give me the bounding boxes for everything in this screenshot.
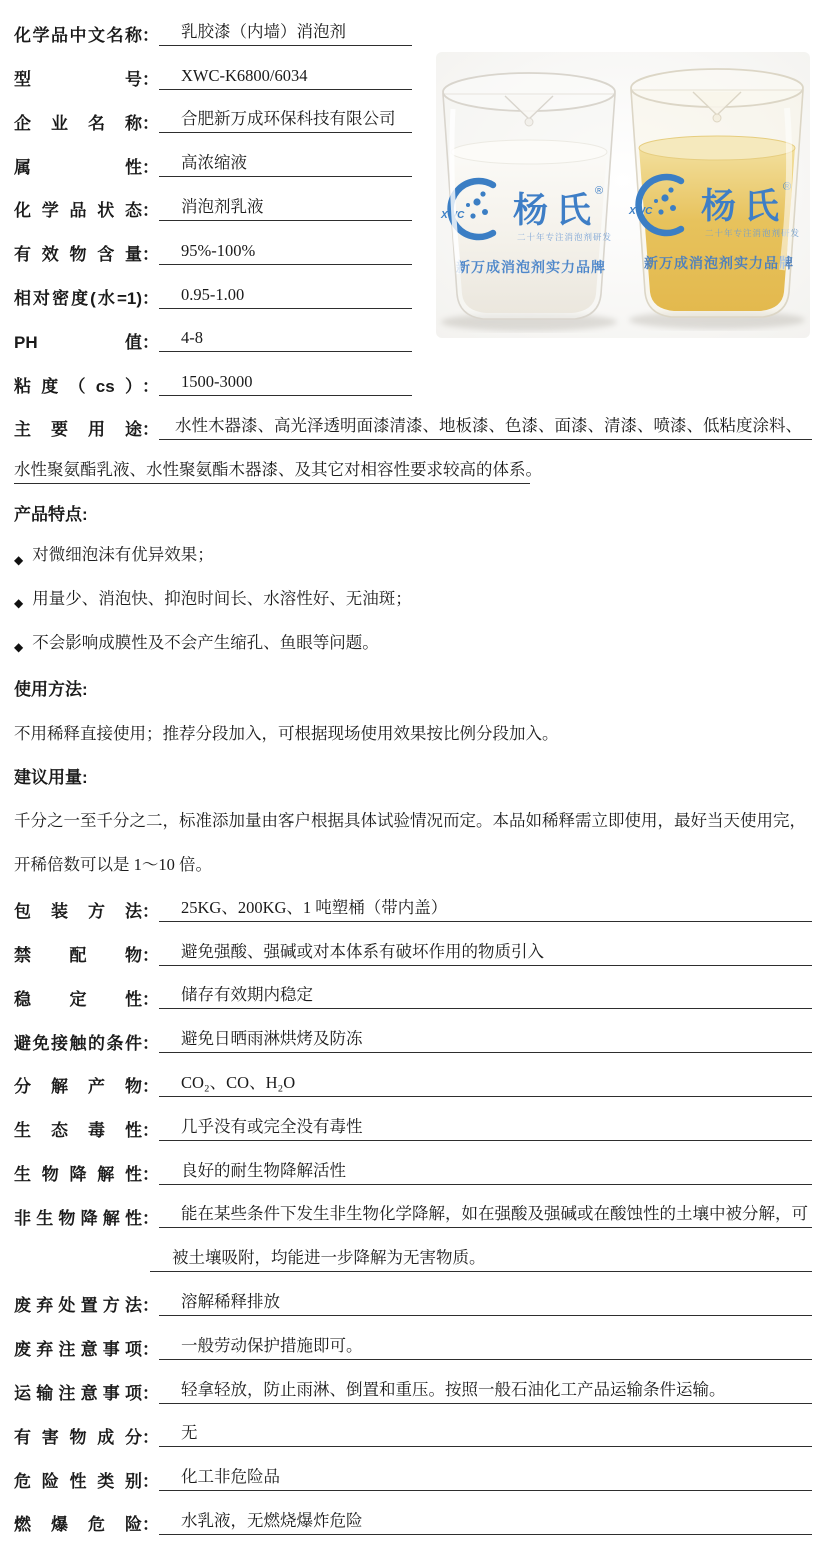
product-photo-beakers: XWC 杨氏 ® 二十年专注消泡剂研发 新万成消泡剂实力品牌 XWC 杨氏 ® [436, 52, 810, 338]
field-value: 高浓缩液 [159, 154, 412, 177]
field-value: 95%-100% [159, 242, 412, 265]
field-row-explosion-hazard: 燃爆危险： 水乳液，无燃烧爆炸危险 [14, 1491, 812, 1535]
field-row-company: 企业名称： 合肥新万成环保科技有限公司 [14, 90, 412, 134]
field-value: 25KG、200KG、1 吨塑桶（带内盖） [159, 899, 812, 922]
field-label: 型号 [14, 70, 142, 90]
label-colon: ： [142, 1165, 159, 1185]
label-colon: ： [142, 245, 159, 265]
field-row-ecotoxicity: 生态毒性： 几乎没有或完全没有毒性 [14, 1097, 812, 1141]
field-label: 有害物成分 [14, 1428, 142, 1448]
label-colon: ： [142, 1077, 159, 1097]
field-row-viscosity: 粘度（cs）： 1500-3000 [14, 352, 412, 396]
label-colon: ： [142, 420, 159, 440]
field-value: 避免强酸、强碱或对本体系有破坏作用的物质引入 [159, 943, 812, 966]
field-row-disposal-method: 废弃处置方法： 溶解稀释排放 [14, 1272, 812, 1316]
paragraph-text: 千分之一至千分之二，标准添加量由客户根据具体试验情况而定。本品如稀释需立即使用，… [14, 812, 806, 834]
feature-item: ◆ 不会影响成膜性及不会产生缩孔、鱼眼等问题。 [14, 615, 812, 659]
section-title: 产品特点: [14, 505, 88, 528]
field-label: 稳定性 [14, 990, 142, 1010]
diamond-bullet-icon: ◆ [14, 552, 23, 569]
label-colon: ： [142, 946, 159, 966]
spout-drip [525, 118, 533, 126]
field-value: 能在某些条件下发生非生物化学降解，如在强酸及强碱或在酸蚀性的土壤中被分解，可 [159, 1205, 812, 1228]
field-label: 主要用途 [14, 420, 142, 440]
field-label: 企业名称 [14, 114, 142, 134]
field-label: 化学品中文名称 [14, 26, 142, 46]
section-heading-usage: 使用方法: [14, 659, 812, 703]
small-slogan-text: 二十年专注消泡剂研发 [517, 232, 612, 242]
field-label: 危险性类别 [14, 1472, 142, 1492]
field-row-main-use: 主要用途： 水性木器漆、高光泽透明面漆清漆、地板漆、色漆、面漆、清漆、喷漆、低粘… [14, 396, 812, 440]
field-value: 轻拿轻放，防止雨淋、倒置和重压。按照一般石油化工产品运输条件运输。 [159, 1381, 812, 1404]
field-row-hazard-class: 危险性类别： 化工非危险品 [14, 1447, 812, 1491]
field-label: 分解产物 [14, 1077, 142, 1097]
main-slogan-text: 新万成消泡剂实力品牌 [456, 259, 606, 275]
beakers-illustration: XWC 杨氏 ® 二十年专注消泡剂研发 新万成消泡剂实力品牌 XWC 杨氏 ® [436, 52, 810, 338]
field-label: 燃爆危险 [14, 1515, 142, 1535]
field-label: PH值 [14, 333, 142, 353]
liquid-surface [639, 136, 795, 160]
feature-item: ◆ 用量少、消泡快、抑泡时间长、水溶性好、无油斑； [14, 571, 812, 615]
field-value: 储存有效期内稳定 [159, 986, 812, 1009]
label-colon: ： [142, 377, 159, 397]
field-value: 4-8 [159, 329, 412, 352]
registered-mark: ® [595, 185, 603, 197]
label-colon: ： [142, 1384, 159, 1404]
label-colon: ： [142, 333, 159, 353]
field-value: 化工非危险品 [159, 1468, 812, 1491]
label-colon: ： [142, 1472, 159, 1492]
logo-abbr-text: XWC [628, 206, 653, 217]
label-colon: ： [142, 1515, 159, 1535]
field-value: 一般劳动保护措施即可。 [159, 1337, 812, 1360]
field-value: 溶解稀释排放 [159, 1293, 812, 1316]
liquid-surface [451, 140, 607, 164]
field-label: 属性 [14, 158, 142, 178]
field-row-attribute: 属性： 高浓缩液 [14, 133, 412, 177]
field-row-density: 相对密度(水=1)： 0.95-1.00 [14, 265, 412, 309]
field-label: 避免接触的条件 [14, 1034, 142, 1054]
field-row-biodegradability: 生物降解性： 良好的耐生物降解活性 [14, 1141, 812, 1185]
field-value: 水性木器漆、高光泽透明面漆清漆、地板漆、色漆、面漆、清漆、喷漆、低粘度涂料、 [159, 417, 812, 440]
field-label: 废弃处置方法 [14, 1296, 142, 1316]
field-value: 水乳液，无燃烧爆炸危险 [159, 1512, 812, 1535]
section-title: 建议用量: [14, 768, 88, 791]
field-value: XWC-K6800/6034 [159, 67, 412, 90]
label-colon: ： [142, 1209, 159, 1229]
label-colon: ： [142, 1121, 159, 1141]
field-row-packing: 包装方法： 25KG、200KG、1 吨塑桶（带内盖） [14, 878, 812, 922]
field-value: 0.95-1.00 [159, 286, 412, 309]
field-row-abiotic-degradability-line2: 被土壤吸附，均能进一步降解为无害物质。 [14, 1228, 812, 1272]
brand-name-text: 杨氏 [513, 191, 599, 230]
field-label: 相对密度(水=1) [14, 289, 142, 309]
field-value: 避免日晒雨淋烘烤及防冻 [159, 1030, 812, 1053]
label-colon: ： [142, 158, 159, 178]
brand-name-text: 杨氏 [701, 187, 787, 226]
label-colon: ： [142, 1428, 159, 1448]
field-value: 乳胶漆（内墙）消泡剂 [159, 23, 412, 46]
label-colon: ： [142, 990, 159, 1010]
field-value: 良好的耐生物降解活性 [159, 1162, 812, 1185]
dosage-paragraph-line1: 千分之一至千分之二，标准添加量由客户根据具体试验情况而定。本品如稀释需立即使用，… [14, 790, 812, 834]
field-label: 生态毒性 [14, 1121, 142, 1141]
label-colon: ： [142, 114, 159, 134]
field-row-state: 化学品状态： 消泡剂乳液 [14, 177, 412, 221]
field-row-model: 型号： XWC-K6800/6034 [14, 46, 412, 90]
beaker-yellow: XWC 杨氏 ® 二十年专注消泡剂研发 新万成消泡剂实力品牌 [628, 69, 805, 329]
field-value: 几乎没有或完全没有毒性 [159, 1118, 812, 1141]
main-slogan-text: 新万成消泡剂实力品牌 [644, 255, 794, 271]
label-colon: ： [142, 289, 159, 309]
diamond-bullet-icon: ◆ [14, 595, 23, 612]
field-row-active-content: 有效物含量： 95%-100% [14, 221, 412, 265]
spout-drip [713, 114, 721, 122]
label-colon: ： [142, 1034, 159, 1054]
usage-paragraph: 不用稀释直接使用；推荐分段加入，可根据现场使用效果按比例分段加入。 [14, 703, 812, 747]
field-row-decomposition-products: 分解产物： CO₂、CO、H₂O [14, 1053, 812, 1097]
field-row-transport-precautions: 运输注意事项： 轻拿轻放，防止雨淋、倒置和重压。按照一般石油化工产品运输条件运输… [14, 1360, 812, 1404]
field-row-chemical-name: 化学品中文名称： 乳胶漆（内墙）消泡剂 [14, 2, 412, 46]
field-value-continued: 被土壤吸附，均能进一步降解为无害物质。 [150, 1249, 812, 1272]
section-title: 使用方法: [14, 680, 88, 703]
paragraph-text: 不用稀释直接使用；推荐分段加入，可根据现场使用效果按比例分段加入。 [14, 725, 559, 747]
section-heading-dosage: 建议用量: [14, 747, 812, 791]
dosage-paragraph-line2: 开稀倍数可以是 1～10 倍。 [14, 834, 812, 878]
field-row-abiotic-degradability: 非生物降解性： 能在某些条件下发生非生物化学降解，如在强酸及强碱或在酸蚀性的土壤… [14, 1185, 812, 1229]
field-label: 粘度（cs） [14, 377, 142, 397]
field-row-main-use-line2: 水性聚氨酯乳液、水性聚氨酯木器漆、及其它对相容性要求较高的体系。 [14, 440, 812, 484]
label-colon: ： [142, 1296, 159, 1316]
label-colon: ： [142, 1340, 159, 1360]
field-row-ph: PH值： 4-8 [14, 309, 412, 353]
label-colon: ： [142, 70, 159, 90]
field-row-harmful-components: 有害物成分： 无 [14, 1404, 812, 1448]
label-colon: ： [142, 26, 159, 46]
label-colon: ： [142, 902, 159, 922]
field-row-incompatibles: 禁配物： 避免强酸、强碱或对本体系有破坏作用的物质引入 [14, 922, 812, 966]
feature-item: ◆ 对微细泡沫有优异效果； [14, 528, 812, 572]
field-value: CO₂、CO、H₂O [159, 1074, 812, 1097]
feature-text: 用量少、消泡快、抑泡时间长、水溶性好、无油斑； [32, 590, 412, 612]
field-label: 包装方法 [14, 902, 142, 922]
field-value: 1500-3000 [159, 373, 412, 396]
field-label: 非生物降解性 [14, 1209, 142, 1229]
field-row-stability: 稳定性： 储存有效期内稳定 [14, 966, 812, 1010]
field-value: 无 [159, 1424, 812, 1447]
beaker-white: XWC 杨氏 ® 二十年专注消泡剂研发 新万成消泡剂实力品牌 [440, 73, 617, 331]
field-label: 运输注意事项 [14, 1384, 142, 1404]
field-label: 有效物含量 [14, 245, 142, 265]
field-label: 禁配物 [14, 946, 142, 966]
field-row-conditions-to-avoid: 避免接触的条件： 避免日晒雨淋烘烤及防冻 [14, 1009, 812, 1053]
field-label: 废弃注意事项 [14, 1340, 142, 1360]
field-row-disposal-precautions: 废弃注意事项： 一般劳动保护措施即可。 [14, 1316, 812, 1360]
field-value: 合肥新万成环保科技有限公司 [159, 110, 412, 133]
label-colon: ： [142, 201, 159, 221]
feature-text: 对微细泡沫有优异效果； [32, 546, 214, 568]
field-value: 消泡剂乳液 [159, 198, 412, 221]
field-value-continued: 水性聚氨酯乳液、水性聚氨酯木器漆、及其它对相容性要求较高的体系。 [14, 461, 530, 484]
feature-text: 不会影响成膜性及不会产生缩孔、鱼眼等问题。 [32, 634, 379, 656]
section-heading-features: 产品特点: [14, 484, 812, 528]
field-label: 生物降解性 [14, 1165, 142, 1185]
paragraph-text: 开稀倍数可以是 1～10 倍。 [14, 856, 212, 878]
field-label: 化学品状态 [14, 201, 142, 221]
diamond-bullet-icon: ◆ [14, 639, 23, 656]
